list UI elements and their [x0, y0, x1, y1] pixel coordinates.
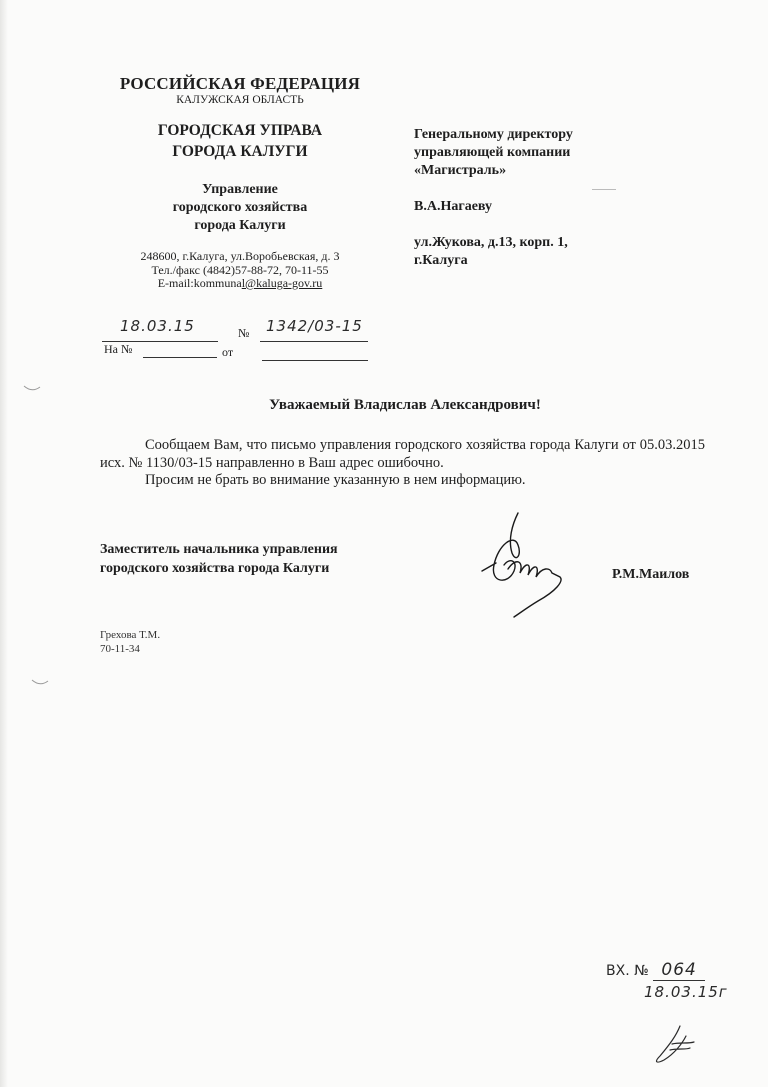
letter-body: Сообщаем Вам, что письмо управления горо… [100, 437, 705, 490]
dept-line-1: Управление [110, 181, 370, 199]
addressee-line-1: Генеральному директору [414, 126, 644, 144]
org-line-2: ГОРОДА КАЛУГИ [110, 141, 370, 162]
punch-mark-icon [22, 384, 42, 394]
dept-line-2: городского хозяйства [110, 199, 370, 217]
org-phone: Тел./факс (4842)57-88-72, 70-11-55 [110, 264, 370, 278]
executor-phone: 70-11-34 [100, 642, 160, 656]
number-label: № [238, 326, 249, 341]
incoming-number: 064 [653, 960, 705, 981]
reply-date-field [262, 347, 368, 361]
signer-title-line-1: Заместитель начальника управления [100, 540, 400, 559]
incoming-date: 18.03.15г [644, 983, 728, 1001]
email-link[interactable]: l@kaluga-gov.ru [242, 276, 323, 290]
outgoing-date-field: 18.03.15 [102, 315, 218, 342]
signer-name: Р.М.Маилов [612, 567, 689, 583]
addressee-company: «Магистраль» [414, 162, 644, 180]
addressee-address-2: г.Калуга [414, 252, 644, 270]
org-line-1: ГОРОДСКАЯ УПРАВА [110, 120, 370, 141]
dept-line-3: города Калуги [110, 217, 370, 235]
email-prefix: E-mail:kommuna [158, 276, 242, 290]
addressee-block: Генеральному директору управляющей компа… [414, 126, 644, 270]
addressee-line-2: управляющей компании [414, 144, 644, 162]
letterhead-contacts: 248600, г.Калуга, ул.Воробьевская, д. 3 … [110, 250, 370, 291]
body-paragraph-2: Просим не брать во внимание указанную в … [100, 472, 705, 490]
signer-title: Заместитель начальника управления городс… [100, 540, 400, 578]
from-label: от [222, 345, 233, 360]
letterhead-region: КАЛУЖСКАЯ ОБЛАСТЬ [110, 94, 370, 106]
salutation: Уважаемый Владислав Александрович! [90, 397, 720, 414]
outgoing-date-handwritten: 18.03.15 [120, 317, 195, 335]
incoming-label: ВХ. № [606, 963, 649, 979]
stamp-initials-icon [650, 1022, 700, 1066]
addressee-address-1: ул.Жукова, д.13, корп. 1, [414, 234, 644, 252]
incoming-stamp: ВХ. № 064 18.03.15г [606, 960, 728, 1001]
outgoing-number-handwritten: 1342/03-15 [266, 317, 363, 335]
body-paragraph-1: Сообщаем Вам, что письмо управления горо… [100, 437, 705, 472]
executor-info: Грехова Т.М. 70-11-34 [100, 628, 160, 656]
letterhead-organization: ГОРОДСКАЯ УПРАВА ГОРОДА КАЛУГИ [110, 120, 370, 162]
org-email: E-mail:kommunal@kaluga-gov.ru [110, 277, 370, 291]
signer-title-line-2: городского хозяйства города Калуги [100, 559, 400, 578]
scan-edge-shadow [0, 0, 8, 1087]
letterhead-country: РОССИЙСКАЯ ФЕДЕРАЦИЯ [110, 74, 370, 94]
reply-number-field [143, 344, 217, 358]
outgoing-number-field: 1342/03-15 [260, 315, 368, 342]
reply-to-label: На № [104, 342, 132, 357]
scan-mark [592, 189, 616, 190]
letterhead-department: Управление городского хозяйства города К… [110, 181, 370, 235]
executor-name: Грехова Т.М. [100, 628, 160, 642]
org-address: 248600, г.Калуга, ул.Воробьевская, д. 3 [110, 250, 370, 264]
addressee-name: В.А.Нагаеву [414, 198, 644, 216]
handwritten-signature-icon [468, 505, 588, 625]
punch-mark-icon [30, 678, 50, 688]
